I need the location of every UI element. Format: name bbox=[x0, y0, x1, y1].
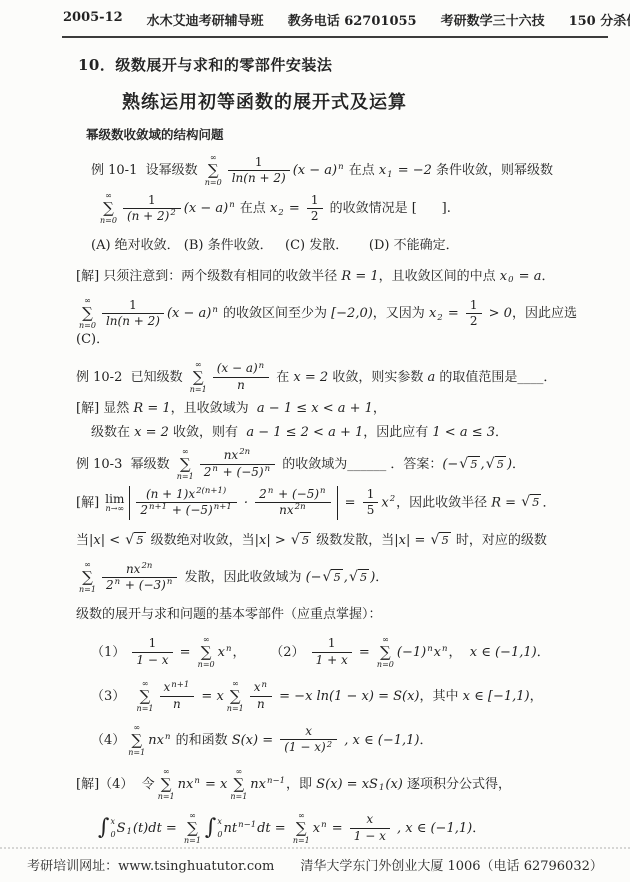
math-frac: 12 bbox=[307, 194, 323, 223]
math-run: (x − a) bbox=[293, 163, 337, 178]
sum-lower: n=1 bbox=[137, 705, 154, 713]
math-run: a − 1 ≤ 2 < a + 1 bbox=[246, 425, 363, 440]
header-series-title: 考研数学三十六技 bbox=[441, 10, 545, 29]
math-run: |x| < bbox=[89, 533, 124, 548]
frac-num: 1 bbox=[363, 488, 379, 503]
sum-sigma: ∑ bbox=[161, 777, 172, 792]
text-run: ． bbox=[419, 733, 432, 748]
sum-sigma: ∑ bbox=[201, 645, 212, 660]
sqrt-body: 5 bbox=[331, 569, 342, 586]
text-run: 在 bbox=[272, 370, 293, 385]
math-frac: x1 − x bbox=[350, 813, 390, 842]
math-run: + (−3) bbox=[121, 578, 166, 592]
frac-den: (n + 2)2 bbox=[123, 209, 181, 223]
superscript: 2n bbox=[141, 562, 152, 571]
math-sqrt: √5 bbox=[125, 532, 145, 549]
text-run: [解] bbox=[76, 495, 103, 510]
math-run: (1 − x) bbox=[284, 740, 325, 754]
superscript: 2(n+1) bbox=[196, 487, 226, 496]
math-sqrt: √5 bbox=[349, 569, 369, 586]
math-frac: xn+1n bbox=[160, 681, 195, 711]
text-run: (A) 绝对收敛． (B) 条件收敛． (C) 发散． (D) 不能确定． bbox=[91, 238, 459, 253]
sum-lower: n=1 bbox=[177, 473, 194, 481]
math-run: (n + 1)x bbox=[146, 487, 195, 501]
math-frac: 11 + x bbox=[312, 637, 352, 666]
sum-sigma: ∑ bbox=[233, 777, 244, 792]
math-run: n bbox=[173, 697, 181, 711]
superscript: n−1 bbox=[267, 775, 285, 788]
math-run: (− bbox=[306, 570, 322, 585]
section-heading: 幂级数收敛域的结构问题 bbox=[86, 125, 596, 143]
math-run: R = 1 bbox=[341, 269, 378, 284]
math-run: 1 < a ≤ 3 bbox=[432, 425, 495, 440]
parts-heading: 级数的展开与求和问题的基本零部件（应重点掌握）： bbox=[76, 605, 596, 625]
subscript: 0 bbox=[508, 274, 513, 287]
int-bounds: x0 bbox=[217, 816, 222, 841]
text-run: ， （2） bbox=[232, 645, 308, 660]
math-run: 1 − x bbox=[136, 653, 168, 667]
math-frac: 1ln(n + 2) bbox=[228, 156, 290, 185]
footer-rule bbox=[0, 847, 630, 849]
math-run: (x − a) bbox=[184, 201, 228, 216]
sum-sigma: ∑ bbox=[208, 163, 219, 178]
superscript: 2 bbox=[390, 493, 395, 506]
sum-lower: n=0 bbox=[198, 661, 215, 669]
sqrt-body: 5 bbox=[300, 532, 311, 549]
frac-den: ln(n + 2) bbox=[228, 171, 290, 185]
math-run: nx bbox=[148, 733, 164, 748]
superscript: n bbox=[167, 578, 172, 587]
text-run: 1 bbox=[328, 636, 336, 650]
frac-den: 2 bbox=[307, 209, 323, 223]
text-run: 条件收敛，则幂级数 bbox=[432, 163, 553, 178]
frac-den: 2n + (−3)n bbox=[102, 578, 177, 592]
math-run: nx bbox=[250, 777, 266, 792]
math-run: (−1) bbox=[397, 645, 426, 660]
superscript: n+1 bbox=[171, 681, 189, 690]
math-frac: 15 bbox=[363, 488, 379, 517]
math-vbar bbox=[129, 486, 130, 520]
math-run: x bbox=[429, 306, 436, 321]
ex10-1-statement-2: ∞∑n=01(n + 2)2(x − a)n 在点 x2 = 12 的收敛情况是… bbox=[76, 192, 596, 225]
superscript: n bbox=[320, 487, 325, 496]
math-run: [−2,0) bbox=[331, 306, 373, 321]
math-run: x bbox=[305, 724, 312, 738]
page-subtitle: 熟练运用初等函数的展开式及运算 bbox=[122, 88, 596, 114]
ex10-3-statement: 例 10-3 幂级数 ∞∑n=1nx2n2n + (−5)n 的收敛域为____… bbox=[76, 448, 596, 481]
math-run: x = 2 bbox=[134, 425, 169, 440]
math-run: , bbox=[481, 457, 485, 472]
math-run: , x ∈ (−1,1) bbox=[340, 733, 419, 748]
text-run: ，即 bbox=[286, 777, 316, 792]
lim-lower: n→∞ bbox=[106, 505, 125, 513]
math-run: = bbox=[328, 821, 347, 836]
math-lim: limn→∞ bbox=[105, 493, 124, 513]
math-run: n bbox=[237, 378, 245, 392]
subscript: 2 bbox=[437, 312, 442, 325]
page-title: 10．级数展开与求和的零部件安装法 bbox=[78, 54, 596, 75]
math-run: nx bbox=[279, 503, 294, 517]
text-run: 的收敛区间至少为 bbox=[219, 306, 331, 321]
superscript: n bbox=[194, 775, 199, 788]
ex10-3-diverge-formula: ∞∑n=1nx2n2n + (−3)n 发散，因此收敛域为 (−√5,√5)． bbox=[76, 561, 596, 594]
text-run: 例 10-2 已知级数 bbox=[76, 370, 187, 385]
math-frac: 1(n + 2)2 bbox=[123, 194, 181, 224]
ex10-1-options: (A) 绝对收敛． (B) 条件收敛． (C) 发散． (D) 不能确定． bbox=[76, 236, 596, 256]
text-run: 收敛，则有 bbox=[169, 425, 246, 440]
sum-sigma: ∑ bbox=[131, 733, 142, 748]
document-body: 例 10-1 设幂级数 ∞∑n=01ln(n + 2)(x − a)n 在点 x… bbox=[76, 154, 596, 845]
ex10-2-solution-1: [解] 显然 R = 1，且收敛域为 a − 1 ≤ x < a + 1， bbox=[76, 399, 596, 419]
math-sum: ∞∑n=1 bbox=[293, 812, 310, 845]
math-run: x bbox=[164, 680, 171, 694]
sum-lower: n=1 bbox=[227, 705, 244, 713]
math-sqrt: √5 bbox=[431, 532, 451, 549]
int-lower: 0 bbox=[217, 829, 222, 841]
frac-num: xn+1 bbox=[160, 681, 195, 696]
int-bounds: x0 bbox=[110, 816, 115, 841]
int-upper: x bbox=[110, 816, 115, 828]
frac-num: 1 bbox=[312, 637, 352, 652]
math-run: + (−5) bbox=[168, 503, 213, 517]
sum-lower: n=0 bbox=[205, 179, 222, 187]
math-frac: 1ln(n + 2) bbox=[102, 299, 164, 328]
math-run: 1 − x bbox=[354, 829, 386, 843]
math-run: x bbox=[218, 645, 225, 660]
math-run: nx bbox=[178, 777, 194, 792]
sum-sigma: ∑ bbox=[187, 821, 198, 836]
header-school: 水木艾迪考研辅导班 bbox=[147, 10, 264, 29]
math-run: x bbox=[366, 812, 373, 826]
math-run: (x) bbox=[385, 777, 402, 792]
int-sign: ∫ bbox=[98, 817, 109, 839]
text-run: 1 bbox=[148, 193, 156, 207]
subscript: 1 bbox=[387, 169, 392, 182]
sqrt-sign: √ bbox=[349, 569, 358, 585]
subscript: 1 bbox=[126, 826, 131, 839]
math-frac: 11 − x bbox=[132, 637, 172, 666]
sqrt-body: 5 bbox=[495, 456, 506, 473]
math-run: (x − a) bbox=[167, 306, 211, 321]
math-frac: 12 bbox=[466, 299, 482, 328]
text-run: ． bbox=[495, 425, 508, 440]
frac-num: (x − a)n bbox=[213, 362, 269, 377]
frac-num: xn bbox=[250, 681, 272, 696]
math-run: = −x ln(1 − x) = S(x) bbox=[275, 689, 420, 704]
text-run: 发散，因此收敛域为 bbox=[180, 570, 305, 585]
frac-den: 2n+1 + (−5)n+1 bbox=[136, 503, 236, 517]
math-run: · bbox=[240, 495, 252, 510]
sqrt-body: 5 bbox=[439, 532, 450, 549]
sum-sigma: ∑ bbox=[82, 306, 93, 321]
math-run: x bbox=[500, 269, 507, 284]
math-run: S(x) = xS bbox=[316, 777, 378, 792]
math-run: x bbox=[313, 821, 320, 836]
int-upper: x bbox=[217, 816, 222, 828]
superscript: n bbox=[427, 643, 432, 656]
text-run: ． bbox=[375, 570, 388, 585]
text-run: ． bbox=[541, 269, 554, 284]
frac-num: 1 bbox=[466, 299, 482, 314]
sqrt-sign: √ bbox=[459, 456, 468, 472]
math-run: R = bbox=[491, 495, 520, 510]
frac-den: 1 − x bbox=[132, 653, 172, 667]
frac-den: 5 bbox=[363, 503, 379, 517]
subscript: 2 bbox=[278, 207, 283, 220]
text-run: 2 bbox=[311, 209, 319, 223]
frac-den: 2n + (−5)n bbox=[200, 465, 275, 479]
frac-num: nx2n bbox=[200, 449, 275, 464]
ex10-2-solution-2: 级数在 x = 2 收敛，则有 a − 1 ≤ 2 < a + 1，因此应有 1… bbox=[76, 423, 596, 443]
document-page: 2005-12 水木艾迪考研辅导班 教务电话 62701055 考研数学三十六技… bbox=[0, 0, 630, 882]
math-run: = x bbox=[197, 689, 224, 704]
header-slogan: 150 分杀伤力 bbox=[569, 10, 630, 29]
math-int: ∫x0 bbox=[205, 816, 223, 841]
frac-num: 1 bbox=[102, 299, 164, 314]
ex10-1-solution-text: [解] 只须注意到：两个级数有相同的收敛半径 R = 1，且收敛区间的中点 x0… bbox=[76, 267, 596, 287]
frac-num: nx2n bbox=[102, 563, 177, 578]
text-run: ，因此收敛半径 bbox=[396, 495, 491, 510]
frac-num: x bbox=[280, 725, 337, 740]
superscript: 2 bbox=[170, 209, 175, 218]
math-sum: ∞∑n=1 bbox=[227, 680, 244, 713]
math-sqrt: √5 bbox=[459, 456, 479, 473]
sum-lower: n=1 bbox=[79, 586, 96, 594]
text-run: [解] 只须注意到：两个级数有相同的收敛半径 bbox=[76, 269, 341, 284]
text-run: （1） bbox=[91, 645, 129, 660]
formula-4: （4）∞∑n=1nxn 的和函数 S(x) = x(1 − x)2 , x ∈ … bbox=[76, 724, 596, 757]
text-run: ． bbox=[537, 645, 550, 660]
header-date: 2005-12 bbox=[63, 10, 123, 29]
sum-lower: n=1 bbox=[184, 837, 201, 845]
ex10-3-case-text: 当|x| < √5 级数绝对收敛，当|x| > √5 级数发散，当|x| = √… bbox=[76, 531, 596, 551]
sum-sigma: ∑ bbox=[82, 570, 93, 585]
math-run: x bbox=[381, 495, 388, 510]
text-run: 收敛，则实参数 bbox=[328, 370, 427, 385]
math-run: nx bbox=[126, 562, 141, 576]
ex10-1-solution-formula: ∞∑n=01ln(n + 2)(x − a)n 的收敛区间至少为 [−2,0)，… bbox=[76, 297, 596, 350]
math-frac: xnn bbox=[250, 681, 272, 711]
sum-sigma: ∑ bbox=[140, 689, 151, 704]
math-run: , x ∈ (−1,1) bbox=[393, 821, 472, 836]
sum-lower: n=1 bbox=[128, 749, 145, 757]
solution-4-integral: ∫x0S1(t)dt = ∞∑n=1∫x0ntn−1dt = ∞∑n=1xn =… bbox=[76, 812, 596, 845]
text-run: ，且收敛区间的中点 bbox=[379, 269, 500, 284]
text-run: （4） bbox=[91, 733, 125, 748]
math-run: = x bbox=[201, 777, 228, 792]
math-sum: ∞∑n=1 bbox=[158, 768, 175, 801]
text-run: ，因此应有 bbox=[363, 425, 432, 440]
solution-4: [解]（4） 令∞∑n=1nxn = x∞∑n=1nxn−1，即 S(x) = … bbox=[76, 768, 596, 801]
superscript: n bbox=[321, 819, 326, 832]
math-frac: 2n + (−5)nnx2n bbox=[255, 488, 330, 518]
math-run: x = 2 bbox=[293, 370, 328, 385]
math-run: x bbox=[270, 201, 277, 216]
sqrt-body: 5 bbox=[530, 494, 541, 511]
math-sqrt: √5 bbox=[291, 532, 311, 549]
math-run: + (−5) bbox=[219, 465, 264, 479]
math-run: a − 1 ≤ x < a + 1 bbox=[257, 401, 373, 416]
math-run: = bbox=[285, 201, 304, 216]
frac-num: 1 bbox=[132, 637, 172, 652]
frac-den: nx2n bbox=[255, 503, 330, 517]
text-run: 时，对应的级数 bbox=[452, 533, 547, 548]
math-sum: ∞∑n=1 bbox=[79, 561, 96, 594]
text-run: [解]（4） 令 bbox=[76, 777, 155, 792]
frac-den: 1 − x bbox=[350, 829, 390, 843]
frac-num: (n + 1)x2(n+1) bbox=[136, 488, 236, 503]
text-run: ． bbox=[512, 457, 525, 472]
math-sum: ∞∑n=0 bbox=[100, 192, 117, 225]
superscript: 2n bbox=[295, 503, 306, 512]
text-run: 1 bbox=[470, 298, 478, 312]
sum-lower: n=1 bbox=[230, 793, 247, 801]
sqrt-body: 5 bbox=[468, 456, 479, 473]
math-run: x bbox=[434, 645, 441, 660]
superscript: n+1 bbox=[149, 503, 167, 512]
math-sqrt: √5 bbox=[323, 569, 343, 586]
int-sign: ∫ bbox=[205, 817, 216, 839]
text-run: ，其中 bbox=[420, 689, 463, 704]
math-sum: ∞∑n=1 bbox=[190, 361, 207, 394]
superscript: n bbox=[262, 681, 267, 690]
math-int: ∫x0 bbox=[98, 816, 116, 841]
text-run: ， bbox=[373, 401, 386, 416]
text-run: 的收敛情况是 [ ]. bbox=[326, 201, 451, 216]
math-frac: (n + 1)x2(n+1)2n+1 + (−5)n+1 bbox=[136, 488, 236, 518]
text-run: 在点 bbox=[345, 163, 379, 178]
sqrt-body: 5 bbox=[358, 569, 369, 586]
text-run: ． bbox=[542, 495, 555, 510]
sum-lower: n=1 bbox=[158, 793, 175, 801]
superscript: n bbox=[442, 643, 447, 656]
math-run: dt = bbox=[257, 821, 290, 836]
superscript: n bbox=[165, 731, 170, 744]
lim-word: lim bbox=[105, 493, 124, 505]
text-run: 当 bbox=[76, 533, 89, 548]
sum-lower: n=0 bbox=[79, 322, 96, 330]
text-run: 例 10-3 幂级数 bbox=[76, 457, 174, 472]
text-run: （3） bbox=[91, 689, 134, 704]
sum-sigma: ∑ bbox=[193, 370, 204, 385]
sum-sigma: ∑ bbox=[230, 689, 241, 704]
superscript: n bbox=[212, 304, 217, 317]
header-phone: 教务电话 62701055 bbox=[288, 10, 417, 29]
subscript: 1 bbox=[379, 782, 384, 795]
math-run: x bbox=[254, 680, 261, 694]
footer-website: 考研培训网址：www.tsinghuatutor.com bbox=[27, 855, 274, 874]
frac-num: 1 bbox=[228, 156, 290, 171]
math-sum: ∞∑n=1 bbox=[137, 680, 154, 713]
math-frac: nx2n2n + (−3)n bbox=[102, 563, 177, 593]
math-run: (x − a) bbox=[217, 361, 258, 375]
text-run: 1 bbox=[149, 636, 157, 650]
text-run: 级数在 bbox=[91, 425, 134, 440]
math-run: 2 bbox=[106, 578, 114, 592]
math-run: |x| > bbox=[255, 533, 290, 548]
superscript: n−1 bbox=[238, 819, 256, 832]
text-run: 1 bbox=[255, 155, 263, 169]
math-run: S bbox=[117, 821, 126, 836]
math-sum: ∞∑n=0 bbox=[205, 154, 222, 187]
text-run: ． bbox=[472, 821, 485, 836]
sqrt-sign: √ bbox=[521, 494, 530, 510]
math-sum: ∞∑n=0 bbox=[198, 636, 215, 669]
math-sum: ∞∑n=0 bbox=[79, 297, 96, 330]
text-run: [解] 显然 bbox=[76, 401, 133, 416]
page-footer: 考研培训网址：www.tsinghuatutor.com 清华大学东门外创业大厦… bbox=[0, 855, 630, 874]
ex10-1-statement: 例 10-1 设幂级数 ∞∑n=01ln(n + 2)(x − a)n 在点 x… bbox=[76, 154, 596, 187]
superscript: n bbox=[338, 161, 343, 174]
superscript: 2 bbox=[327, 741, 332, 750]
math-run: > 0 bbox=[485, 306, 512, 321]
math-run: 1 + x bbox=[316, 653, 348, 667]
text-run: 逐项积分公式得， bbox=[403, 777, 511, 792]
text-run: ， bbox=[449, 645, 470, 660]
math-run: = a bbox=[515, 269, 542, 284]
math-run: x bbox=[379, 163, 386, 178]
math-run: + (−5) bbox=[274, 487, 319, 501]
text-run: 1 bbox=[311, 193, 319, 207]
sqrt-sign: √ bbox=[486, 456, 495, 472]
math-run: = bbox=[341, 495, 360, 510]
superscript: n bbox=[259, 362, 264, 371]
text-run: 的和函数 bbox=[171, 733, 231, 748]
math-run: (t)dt = bbox=[133, 821, 181, 836]
frac-num: 2n + (−5)n bbox=[255, 488, 330, 503]
math-run: = bbox=[444, 306, 463, 321]
sum-sigma: ∑ bbox=[103, 201, 114, 216]
frac-num: 1 bbox=[307, 194, 323, 209]
math-sum: ∞∑n=1 bbox=[128, 724, 145, 757]
math-sqrt: √5 bbox=[486, 456, 506, 473]
int-lower: 0 bbox=[110, 829, 115, 841]
text-run: 5 bbox=[367, 503, 375, 517]
sum-lower: n=1 bbox=[293, 837, 310, 845]
math-run: ln(n + 2) bbox=[106, 314, 160, 328]
math-vbar bbox=[337, 486, 338, 520]
frac-den: n bbox=[250, 697, 272, 711]
text-run: 级数发散，当 bbox=[312, 533, 394, 548]
math-frac: nx2n2n + (−5)n bbox=[200, 449, 275, 479]
math-frac: (x − a)nn bbox=[213, 362, 269, 392]
formula-3: （3） ∞∑n=1xn+1n = x∞∑n=1xnn = −x ln(1 − x… bbox=[76, 680, 596, 713]
text-run: 级数的展开与求和问题的基本零部件（应重点掌握）： bbox=[76, 607, 382, 622]
math-sum: ∞∑n=1 bbox=[230, 768, 247, 801]
text-run: 1 bbox=[129, 298, 137, 312]
math-sum: ∞∑n=1 bbox=[184, 812, 201, 845]
superscript: 2n bbox=[239, 448, 250, 457]
math-run: 2 bbox=[204, 465, 212, 479]
frac-den: 1 + x bbox=[312, 653, 352, 667]
math-frac: x(1 − x)2 bbox=[280, 725, 337, 755]
text-run: 级数绝对收敛，当 bbox=[147, 533, 255, 548]
superscript: n bbox=[212, 465, 217, 474]
sum-sigma: ∑ bbox=[380, 645, 391, 660]
math-run: x ∈ [−1,1) bbox=[463, 689, 530, 704]
text-run: 的取值范围是____． bbox=[435, 370, 556, 385]
text-run: ，又因为 bbox=[373, 306, 429, 321]
math-run: ln(n + 2) bbox=[232, 171, 286, 185]
text-run: 的收敛域为______ ．答案： bbox=[278, 457, 442, 472]
text-run: 1 bbox=[367, 487, 375, 501]
text-run: 例 10-1 设幂级数 bbox=[91, 163, 202, 178]
sum-lower: n=0 bbox=[100, 217, 117, 225]
superscript: n bbox=[268, 487, 273, 496]
ex10-2-statement: 例 10-2 已知级数 ∞∑n=1(x − a)nn 在 x = 2 收敛，则实… bbox=[76, 361, 596, 394]
frac-num: x bbox=[350, 813, 390, 828]
math-run: 2 bbox=[259, 487, 267, 501]
